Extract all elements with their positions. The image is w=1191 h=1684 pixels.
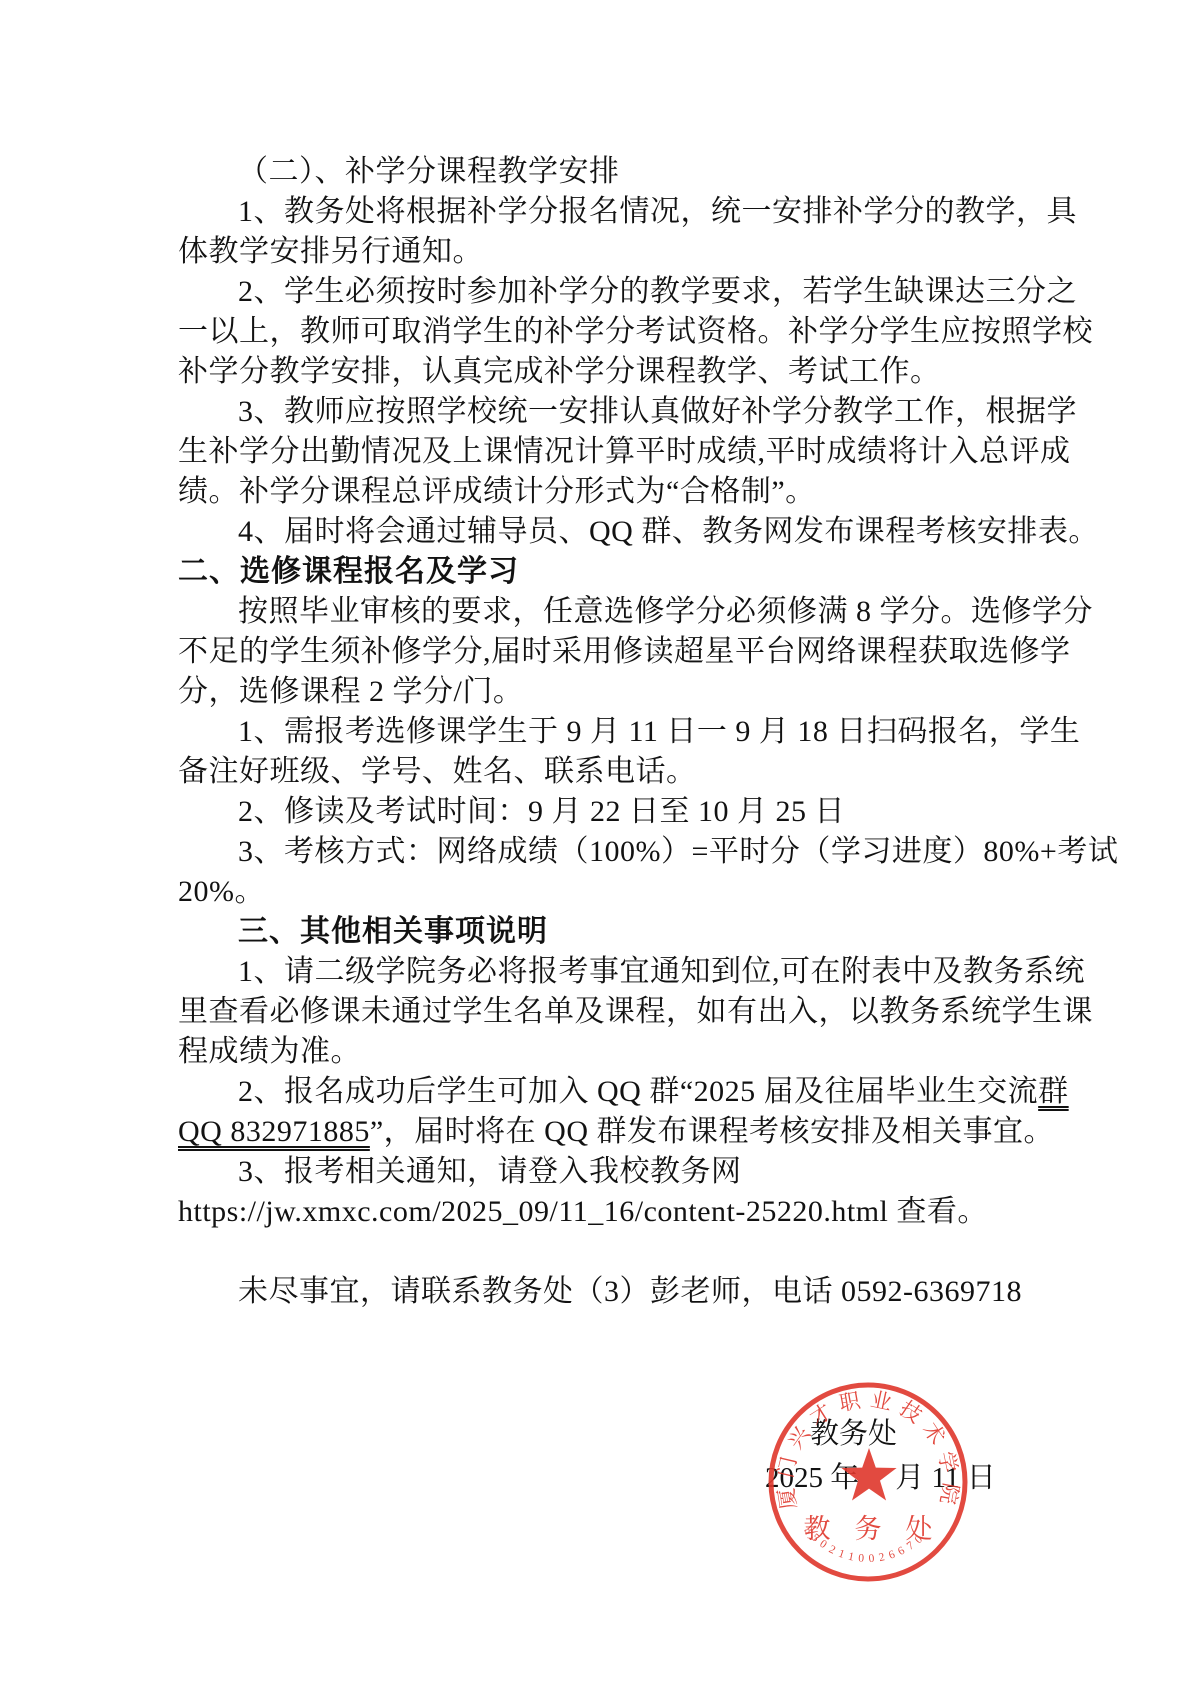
text-run: 1、需报考选修课学生于 9 月 11 日一 9 月 18 日扫码报名，学生	[238, 715, 1080, 748]
underlined-run: 群	[1038, 1075, 1069, 1108]
doc-line: 2、学生必须按时参加补学分的教学要求，若学生缺课达三分之	[178, 272, 1058, 312]
text-run: 备注好班级、学号、姓名、联系电话。	[178, 755, 697, 788]
doc-line: 4、届时将会通过辅导员、QQ 群、教务网发布课程考核安排表。	[178, 512, 1058, 552]
document-body: （二）、补学分课程教学安排1、教务处将根据补学分报名情况，统一安排补学分的教学，…	[178, 152, 1058, 1312]
doc-line: 体教学安排另行通知。	[178, 232, 1058, 272]
doc-line: 按照毕业审核的要求，任意选修学分必须修满 8 学分。选修学分	[178, 592, 1058, 632]
text-run: 补学分教学安排，认真完成补学分课程教学、考试工作。	[178, 355, 941, 388]
text-run: 2、修读及考试时间：9 月 22 日至 10 月 25 日	[238, 795, 845, 828]
official-seal-stamp: 厦门兴才职业技术学院 教务处 3502110026670	[764, 1378, 972, 1586]
doc-line: 1、请二级学院务必将报考事宜通知到位,可在附表中及教务系统	[178, 952, 1058, 992]
text-run: 分，选修课程 2 学分/门。	[178, 675, 523, 708]
doc-line: 程成绩为准。	[178, 1032, 1058, 1072]
text-run: 3、报考相关通知，请登入我校教务网	[238, 1155, 742, 1188]
doc-line: 分，选修课程 2 学分/门。	[178, 672, 1058, 712]
text-run: （二）、补学分课程教学安排	[238, 155, 620, 188]
text-run: 3、考核方式：网络成绩（100%）=平时分（学习进度）80%+考试	[238, 835, 1118, 868]
doc-line: 二、选修课程报名及学习	[178, 552, 1058, 592]
text-run: 绩。补学分课程总评成绩计分形式为“合格制”。	[178, 475, 816, 508]
text-run: 1、教务处将根据补学分报名情况，统一安排补学分的教学，具	[238, 195, 1077, 228]
doc-line: 2、修读及考试时间：9 月 22 日至 10 月 25 日	[178, 792, 1058, 832]
doc-line: 绩。补学分课程总评成绩计分形式为“合格制”。	[178, 472, 1058, 512]
doc-line: 2、报名成功后学生可加入 QQ 群“2025 届及往届毕业生交流群	[178, 1072, 1058, 1112]
star-icon	[841, 1448, 896, 1501]
doc-line: （二）、补学分课程教学安排	[178, 152, 1058, 192]
doc-line: 生补学分出勤情况及上课情况计算平时成绩,平时成绩将计入总评成	[178, 432, 1058, 472]
text-run: ”，届时将在 QQ 群发布课程考核安排及相关事宜。	[370, 1115, 1054, 1148]
text-run: 1、请二级学院务必将报考事宜通知到位,可在附表中及教务系统	[238, 955, 1085, 988]
text-run: 按照毕业审核的要求，任意选修学分必须修满 8 学分。选修学分	[238, 595, 1093, 628]
doc-line: 备注好班级、学号、姓名、联系电话。	[178, 752, 1058, 792]
text-run: 20%。	[178, 875, 265, 908]
doc-line: 3、报考相关通知，请登入我校教务网	[178, 1152, 1058, 1192]
doc-line: 未尽事宜，请联系教务处（3）彭老师，电话 0592-6369718	[178, 1272, 1058, 1312]
text-run: 生补学分出勤情况及上课情况计算平时成绩,平时成绩将计入总评成	[178, 435, 1071, 468]
text-run: 体教学安排另行通知。	[178, 235, 483, 268]
doc-line: 3、教师应按照学校统一安排认真做好补学分教学工作，根据学	[178, 392, 1058, 432]
text-run: 里查看必修课未通过学生名单及课程，如有出入，以教务系统学生课	[178, 995, 1093, 1028]
seal-title: 教务处	[804, 1514, 957, 1544]
doc-line	[178, 1232, 1058, 1272]
doc-line: https://jw.xmxc.com/2025_09/11_16/conten…	[178, 1192, 1058, 1232]
text-run: https://jw.xmxc.com/2025_09/11_16/conten…	[178, 1195, 988, 1228]
text-run: 3、教师应按照学校统一安排认真做好补学分教学工作，根据学	[238, 395, 1077, 428]
doc-line: 三、其他相关事项说明	[178, 912, 1058, 952]
doc-line: 20%。	[178, 872, 1058, 912]
text-run: 一以上，教师可取消学生的补学分考试资格。补学分学生应按照学校	[178, 315, 1093, 348]
text-run: 4、届时将会通过辅导员、QQ 群、教务网发布课程考核安排表。	[238, 515, 1099, 548]
doc-line: 不足的学生须补修学分,届时采用修读超星平台网络课程获取选修学	[178, 632, 1058, 672]
text-run: 程成绩为准。	[178, 1035, 361, 1068]
text-run: 三、其他相关事项说明	[238, 915, 548, 948]
text-run: 未尽事宜，请联系教务处（3）彭老师，电话 0592-6369718	[238, 1275, 1022, 1308]
notice-page: （二）、补学分课程教学安排1、教务处将根据补学分报名情况，统一安排补学分的教学，…	[0, 0, 1191, 1684]
seal-arc-text: 厦门兴才职业技术学院	[773, 1387, 963, 1514]
underlined-run: QQ 832971885	[178, 1115, 370, 1148]
doc-line: 1、教务处将根据补学分报名情况，统一安排补学分的教学，具	[178, 192, 1058, 232]
doc-line: 1、需报考选修课学生于 9 月 11 日一 9 月 18 日扫码报名，学生	[178, 712, 1058, 752]
text-run: 不足的学生须补修学分,届时采用修读超星平台网络课程获取选修学	[178, 635, 1071, 668]
doc-line: QQ 832971885”，届时将在 QQ 群发布课程考核安排及相关事宜。	[178, 1112, 1058, 1152]
doc-line: 补学分教学安排，认真完成补学分课程教学、考试工作。	[178, 352, 1058, 392]
doc-line: 3、考核方式：网络成绩（100%）=平时分（学习进度）80%+考试	[178, 832, 1058, 872]
doc-line: 一以上，教师可取消学生的补学分考试资格。补学分学生应按照学校	[178, 312, 1058, 352]
text-run: 2、学生必须按时参加补学分的教学要求，若学生缺课达三分之	[238, 275, 1077, 308]
doc-line: 里查看必修课未通过学生名单及课程，如有出入，以教务系统学生课	[178, 992, 1058, 1032]
text-run: 2、报名成功后学生可加入 QQ 群“2025 届及往届毕业生交流	[238, 1075, 1038, 1108]
text-run: 二、选修课程报名及学习	[178, 555, 519, 588]
